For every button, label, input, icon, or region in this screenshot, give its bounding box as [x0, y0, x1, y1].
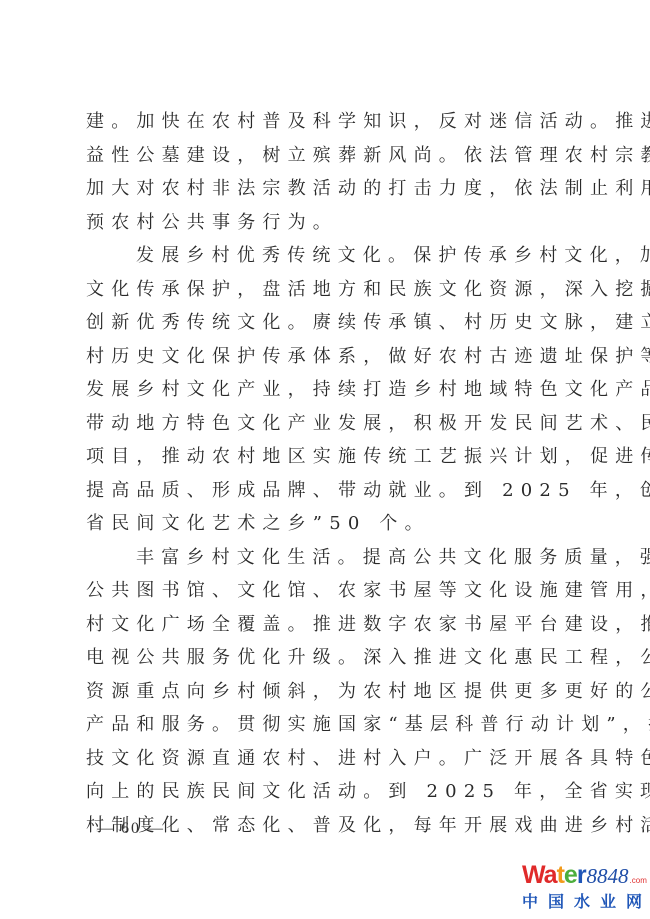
text-line: 发展乡村文化产业，持续打造乡村地域特色文化产品品牌， — [86, 373, 576, 407]
text-line: 益性公墓建设，树立殡葬新风尚。依法管理农村宗教事务， — [86, 139, 576, 173]
text-line: 省民间文化艺术之乡”50 个。 — [86, 507, 576, 541]
paragraph-heading-line: 发展乡村优秀传统文化。保护传承乡村文化，加强农耕 — [86, 239, 576, 273]
logo-letter: a — [544, 861, 557, 889]
text-line: 加大对农村非法宗教活动的打击力度，依法制止利用宗教干 — [86, 172, 576, 206]
text-line: 预农村公共事务行为。 — [86, 206, 576, 240]
logo-letter: r — [577, 861, 586, 889]
logo-letter: W — [522, 861, 544, 889]
text-line: 资源重点向乡村倾斜，为农村地区提供更多更好的公共文化 — [86, 675, 576, 709]
logo-suffix: .com — [630, 876, 647, 885]
text-line: 提高品质、形成品牌、带动就业。到 2025 年，创建“辽宁 — [86, 474, 576, 508]
text-line: 带动地方特色文化产业发展，积极开发民间艺术、民俗表演 — [86, 407, 576, 441]
text-line: 文化传承保护，盘活地方和民族文化资源，深入挖掘、传承 — [86, 273, 576, 307]
logo-wordmark: Water8848.com — [522, 862, 647, 888]
watermark-logo: Water8848.com 中国水业网 — [520, 862, 648, 914]
text-line: 向上的民族民间文化活动。到 2025 年，全省实现戏曲进乡 — [86, 775, 576, 809]
text-line: 电视公共服务优化升级。深入推进文化惠民工程，公共文化 — [86, 641, 576, 675]
text-line: 项目，推动农村地区实施传统工艺振兴计划，促进传统工艺 — [86, 440, 576, 474]
logo-number: 8848 — [587, 864, 629, 888]
text-line: 村历史文化保护传承体系，做好农村古迹遗址保护等工作。 — [86, 340, 576, 374]
logo-chinese-name: 中国水业网 — [522, 889, 650, 912]
page-number: — 60 — — [97, 820, 165, 838]
paragraph-heading-line: 丰富乡村文化生活。提高公共文化服务质量，强化基层 — [86, 541, 576, 575]
text-line: 创新优秀传统文化。赓续传承镇、村历史文脉，建立完善镇 — [86, 306, 576, 340]
logo-letter: e — [564, 861, 577, 889]
text-line: 建。加快在农村普及科学知识，反对迷信活动。推进村级公 — [86, 105, 576, 139]
text-line: 技文化资源直通农村、进村入户。广泛开展各具特色、乐观 — [86, 742, 576, 776]
logo-letter: t — [557, 861, 564, 889]
text-line: 村文化广场全覆盖。推进数字农家书屋平台建设，推动广播 — [86, 608, 576, 642]
document-body: 建。加快在农村普及科学知识，反对迷信活动。推进村级公 益性公墓建设，树立殡葬新风… — [86, 105, 576, 842]
text-line: 产品和服务。贯彻实施国家“基层科普行动计划”，推进科 — [86, 708, 576, 742]
text-line: 公共图书馆、文化馆、农家书屋等文化设施建管用，实现乡 — [86, 574, 576, 608]
logo-word: Water — [522, 861, 586, 889]
